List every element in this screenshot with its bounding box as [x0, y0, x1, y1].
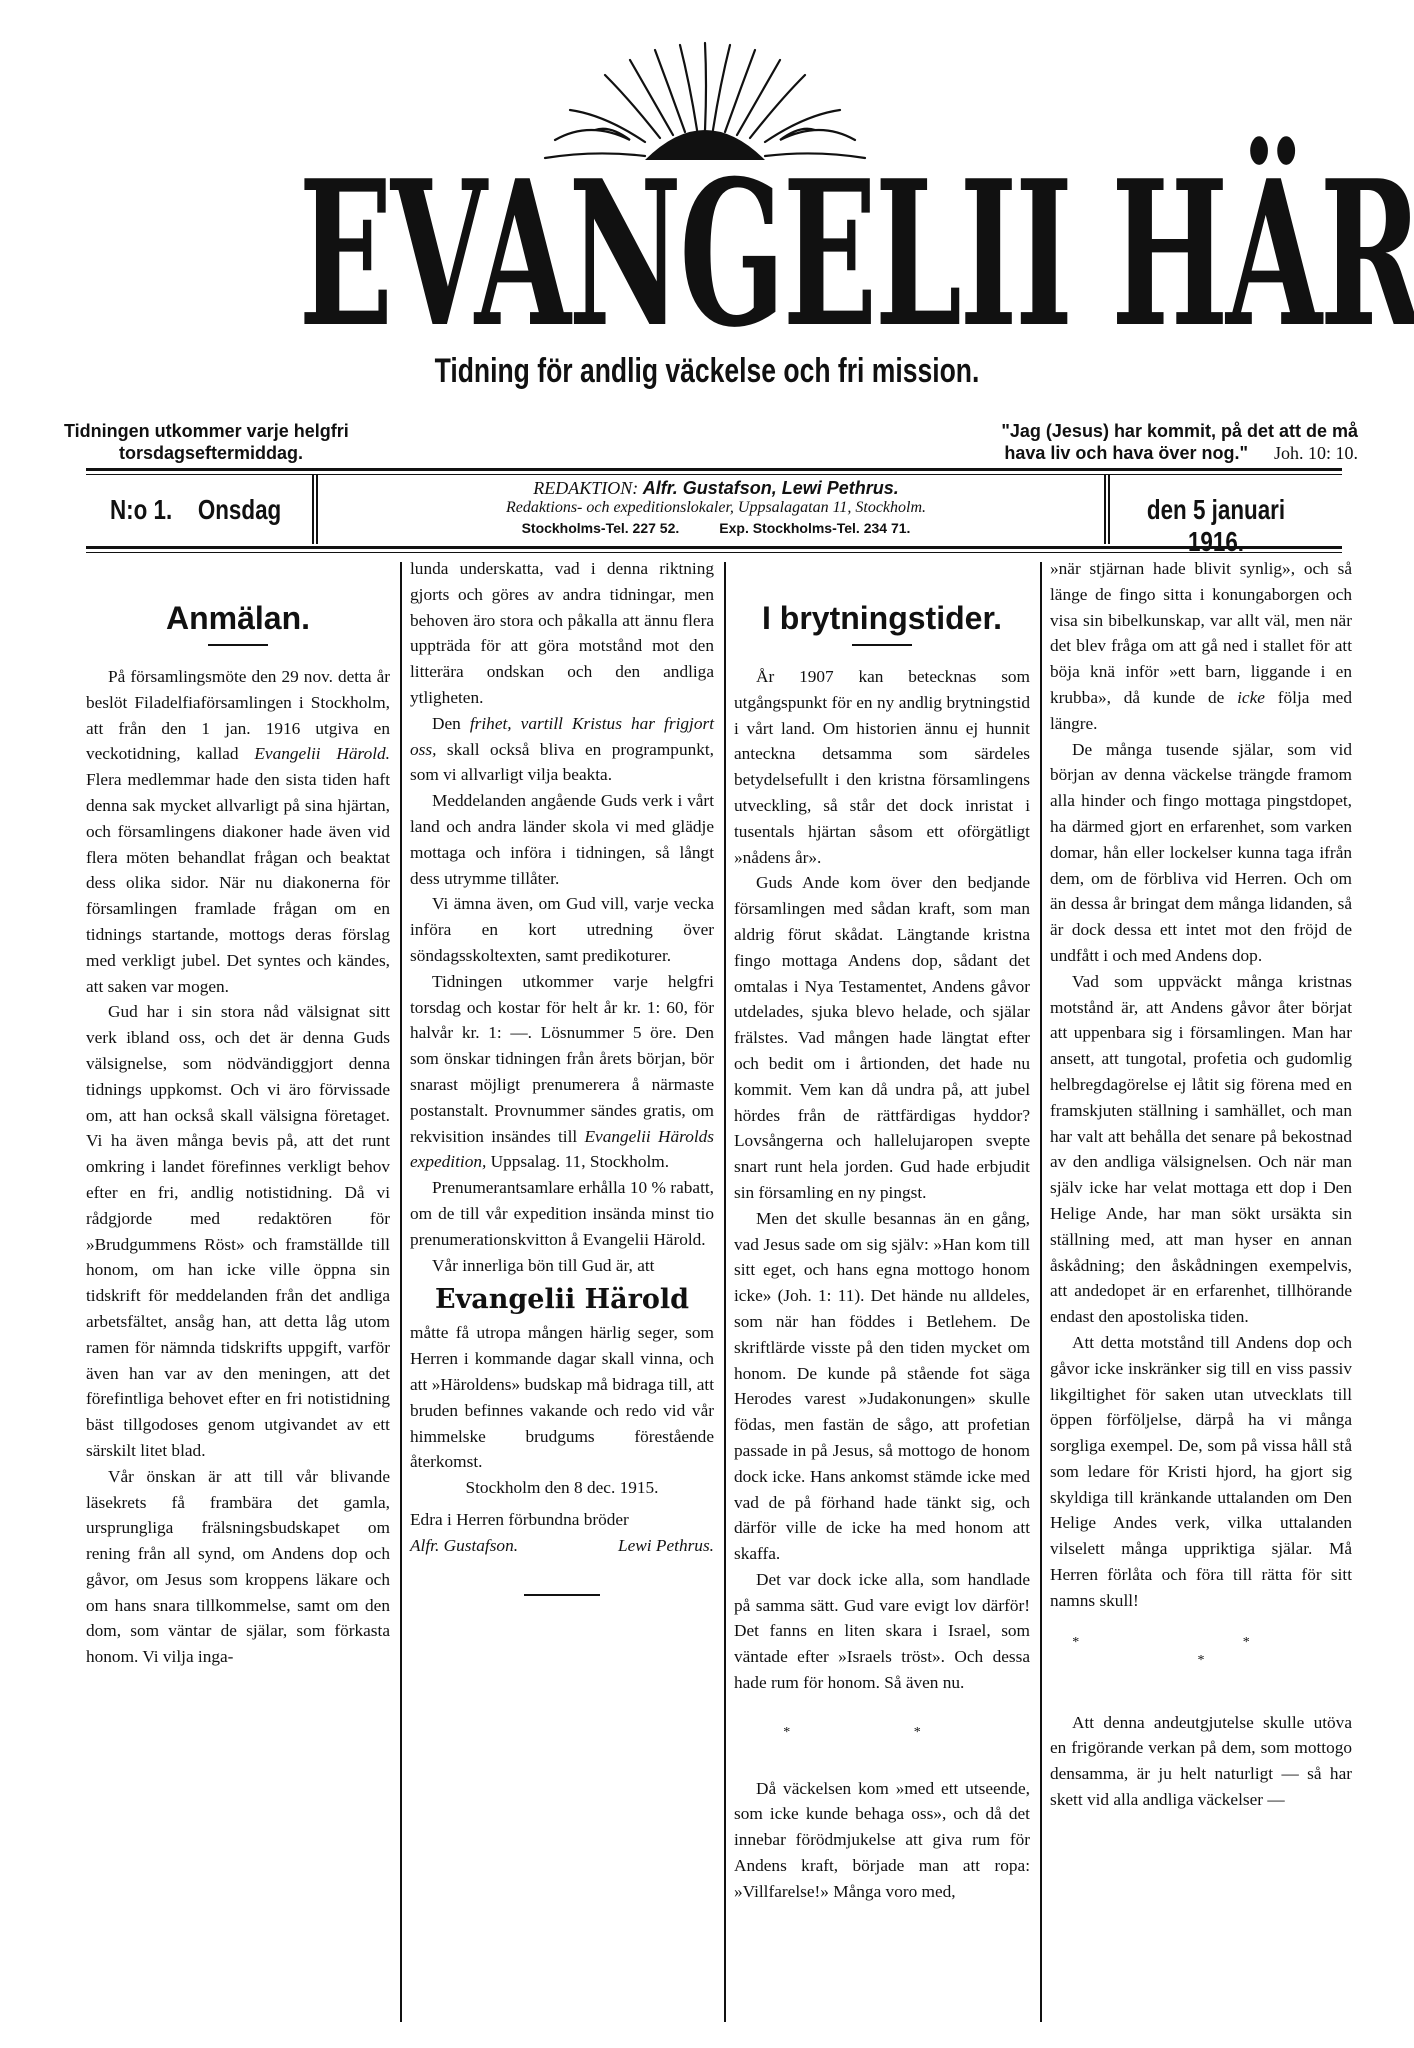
paragraph: På församlingsmöte den 29 nov. detta år …: [86, 664, 390, 999]
closing-line: Edra i Herren förbundna bröder: [410, 1507, 714, 1533]
masthead-title: EVANGELII HÄROLD: [299, 155, 1130, 355]
column-4: »när stjärnan hade blivit synlig», och s…: [1050, 556, 1352, 1813]
signatures: Alfr. Gustafson. Lewi Pethrus.: [410, 1533, 714, 1559]
editorial-info: REDAKTION: Alfr. Gustafson, Lewi Pethrus…: [306, 478, 1126, 538]
paragraph: Meddelanden angående Guds verk i vårt la…: [410, 788, 714, 891]
column-divider-3: [1040, 562, 1042, 2022]
tagline: Tidning för andlig väckelse och fri miss…: [156, 352, 1259, 391]
section-break-asterisks: * *: [734, 1720, 1030, 1746]
info-band: N:o 1.Onsdag REDAKTION: Alfr. Gustafson,…: [86, 474, 1342, 544]
column-3-brytningstider: I brytningstider. År 1907 kan betecknas …: [734, 566, 1030, 1905]
publication-schedule-note: Tidningen utkommer varje helgfri torsdag…: [64, 420, 424, 464]
signature-gustafson: Alfr. Gustafson.: [410, 1533, 518, 1559]
schedule-line-2: torsdagseftermiddag.: [64, 442, 424, 464]
heading-rule: [852, 644, 912, 646]
section-break-asterisks: * * *: [1050, 1634, 1352, 1670]
column-divider-1: [400, 562, 402, 2022]
paragraph: »när stjärnan hade blivit synlig», och s…: [1050, 556, 1352, 737]
paragraph: Att detta motstånd till Andens dop och g…: [1050, 1330, 1352, 1614]
info-divider-right: [1104, 474, 1110, 544]
article-heading-anmalan: Anmälan.: [86, 600, 390, 636]
telephone-editorial: Stockholms-Tel. 227 52.: [522, 520, 680, 536]
paragraph: Vad som uppväckt många kristnas motstånd…: [1050, 969, 1352, 1330]
article-heading-brytningstider: I brytningstider.: [734, 600, 1030, 636]
telephone-expedition: Exp. Stockholms-Tel. 234 71.: [719, 520, 910, 536]
paragraph: Guds Ande kom över den bedjande församli…: [734, 870, 1030, 1205]
paragraph: Då väckelsen kom »med ett utseende, som …: [734, 1776, 1030, 1905]
paragraph: Tidningen utkommer varje helgfri torsdag…: [410, 969, 714, 1175]
paragraph: Vår önskan är att till vår blivande läse…: [86, 1464, 390, 1670]
paragraph: Vår innerliga bön till Gud är, att: [410, 1253, 714, 1279]
paragraph: De många tusende själar, som vid början …: [1050, 737, 1352, 969]
place-and-date: Stockholm den 8 dec. 1915.: [410, 1475, 714, 1501]
quote-line-2: hava liv och hava över nog.": [1004, 443, 1248, 463]
issue-number: N:o 1.: [110, 494, 172, 525]
redaktion-label: REDAKTION:: [533, 478, 638, 498]
paragraph: Att denna andeutgjutelse skulle utöva en…: [1050, 1710, 1352, 1813]
column-divider-2: [724, 562, 726, 2022]
paragraph: Vi ämna även, om Gud vill, varje vecka i…: [410, 891, 714, 968]
paragraph: Prenumerantsamlare erhålla 10 % rabatt, …: [410, 1175, 714, 1252]
schedule-line-1: Tidningen utkommer varje helgfri: [64, 421, 349, 441]
quote-reference: Joh. 10: 10.: [1274, 443, 1358, 463]
paragraph: Gud har i sin stora nåd välsignat sitt v…: [86, 999, 390, 1463]
signature-pethrus: Lewi Pethrus.: [618, 1533, 714, 1559]
office-address: Redaktions- och expeditionslokaler, Upps…: [306, 498, 1126, 518]
heading-rule: [208, 644, 268, 646]
column-1-anmalan: Anmälan. På församlingsmöte den 29 nov. …: [86, 566, 390, 1670]
scripture-quote: "Jag (Jesus) har kommit, på det att de m…: [938, 420, 1358, 464]
quote-line-1: "Jag (Jesus) har kommit, på det att de m…: [938, 420, 1358, 442]
issue-info: N:o 1.Onsdag: [110, 494, 281, 526]
paragraph: År 1907 kan betecknas som utgångspunkt f…: [734, 664, 1030, 870]
paragraph: Men det skulle besannas än en gång, vad …: [734, 1206, 1030, 1567]
header-rule-bottom: [86, 546, 1342, 553]
paragraph: Det var dock icke alla, som handlade på …: [734, 1567, 1030, 1696]
column-2: lunda underskatta, vad i denna riktning …: [410, 556, 714, 1614]
paragraph: lunda underskatta, vad i denna riktning …: [410, 556, 714, 711]
editors: Alfr. Gustafson, Lewi Pethrus.: [643, 478, 899, 498]
newspaper-name-display: Evangelii Härold: [410, 1282, 714, 1318]
paragraph: Den frihet, vartill Kristus har frigjort…: [410, 711, 714, 788]
weekday: Onsdag: [198, 494, 281, 525]
paragraph: måtte få utropa mången härlig seger, som…: [410, 1320, 714, 1475]
end-rule: [524, 1594, 600, 1596]
